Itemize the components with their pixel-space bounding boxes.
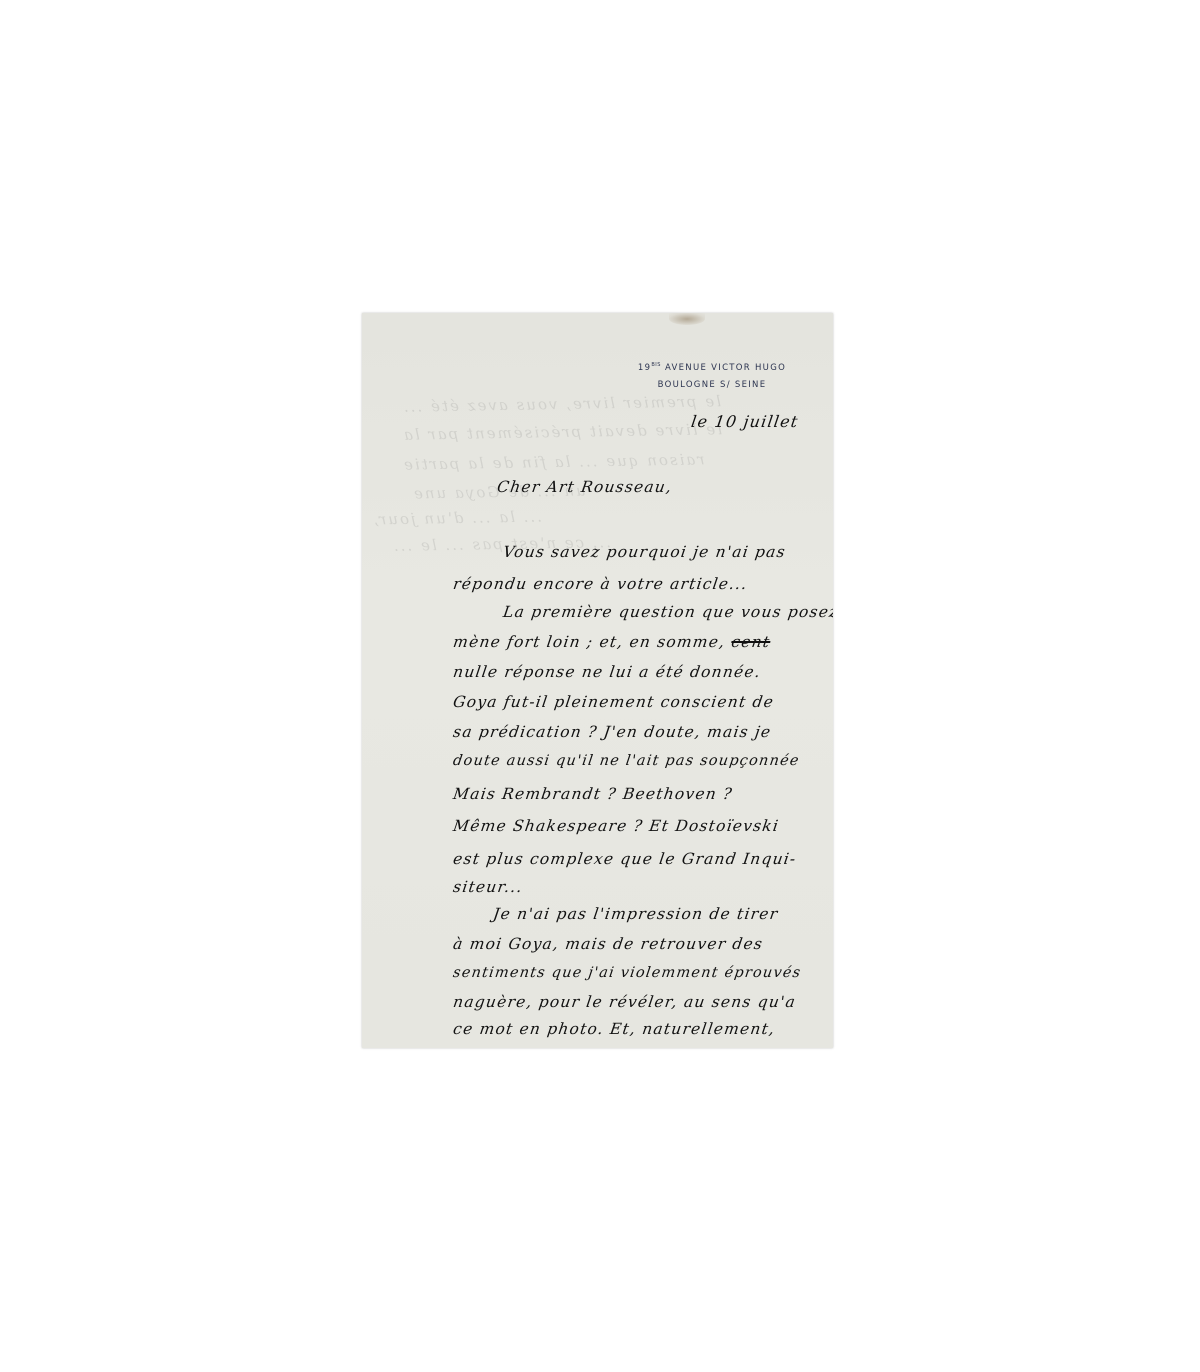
show-through-line: raison que ... la fin de la partie: [402, 450, 705, 473]
letter-line-text: mène fort loin ; et, en somme,: [452, 633, 727, 651]
letter-line: Même Shakespeare ? Et Dostoïevski: [452, 817, 780, 835]
street-number-suffix: BIS: [651, 362, 661, 368]
letter-line: est plus complexe que le Grand Inqui-: [452, 850, 798, 868]
letter-line: répondu encore à votre article...: [452, 575, 749, 593]
letter-line: nulle réponse ne lui a été donnée.: [452, 663, 762, 681]
letter-line: La première question que vous posez: [502, 603, 833, 621]
show-through-line: le livre devait précisément par la: [402, 420, 722, 444]
show-through-line: le premier livre, vous avez été ...: [402, 392, 721, 416]
letter-line: Vous savez pourquoi je n'ai pas: [502, 543, 787, 561]
letterhead-street: 19BIS AVENUE VICTOR HUGO: [612, 362, 812, 373]
letter-salutation: Cher Art Rousseau,: [496, 478, 673, 496]
show-through-line: ... la ... d'un jour,: [372, 508, 542, 529]
letter-line: Goya fut-il pleinement conscient de: [452, 693, 775, 711]
letter-line: sa prédication ? J'en doute, mais je: [452, 723, 773, 741]
letter-line: siteur...: [452, 878, 524, 896]
letter-line: mène fort loin ; et, en somme, cent: [452, 633, 772, 651]
letter-line: doute aussi qu'il ne l'ait pas soupçonné…: [452, 753, 801, 769]
letter-line: Je n'ai pas l'impression de tirer: [492, 905, 780, 923]
letter-line: sentiments que j'ai violemment éprouvés: [452, 965, 802, 981]
letter-line: naguère, pour le révéler, au sens qu'a: [452, 993, 797, 1011]
letterhead-city: BOULOGNE S/ SEINE: [617, 380, 807, 390]
street-name: AVENUE VICTOR HUGO: [665, 363, 786, 373]
street-number: 19: [638, 363, 651, 373]
letter-sheet: 19BIS AVENUE VICTOR HUGO BOULOGNE S/ SEI…: [362, 313, 833, 1048]
letter-line: à moi Goya, mais de retrouver des: [452, 935, 764, 953]
paper-stain: [669, 313, 705, 325]
struck-word: cent: [730, 633, 771, 651]
letter-line: ce mot en photo. Et, naturellement,: [452, 1020, 776, 1038]
letter-date: le 10 juillet: [690, 412, 800, 431]
letter-line: Mais Rembrandt ? Beethoven ?: [452, 785, 734, 803]
